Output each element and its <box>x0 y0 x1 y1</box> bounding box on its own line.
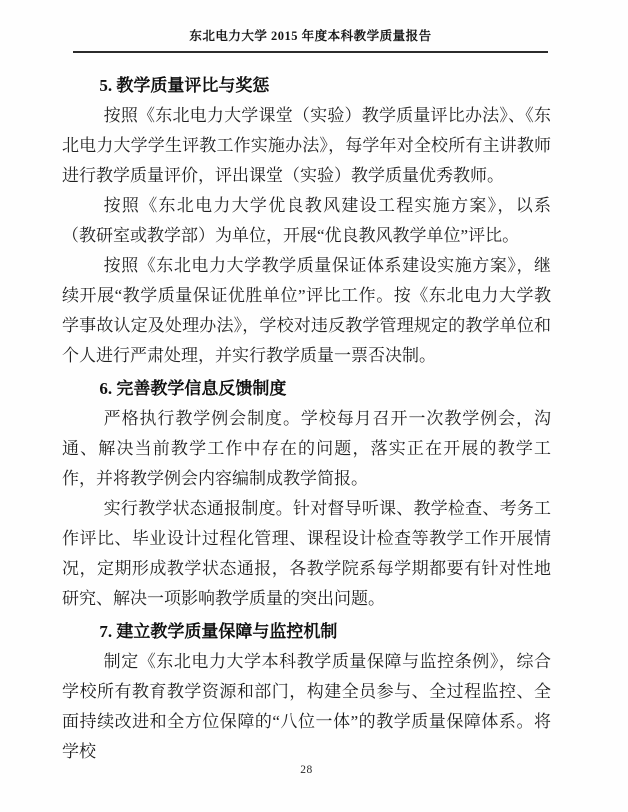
document-page: 东北电力大学 2015 年度本科教学质量报告 5. 教学质量评比与奖惩 按照《东… <box>0 0 628 812</box>
section-7-paragraph-1: 制定《东北电力大学本科教学质量保障与监控条例》，综合学校所有教育教学资源和部门，… <box>62 647 551 767</box>
document-body: 5. 教学质量评比与奖惩 按照《东北电力大学课堂（实验）教学质量评比办法》、《东… <box>62 71 551 767</box>
page-number: 28 <box>300 764 313 776</box>
section-5-heading: 5. 教学质量评比与奖惩 <box>62 71 551 101</box>
section-7-heading: 7. 建立教学质量保障与监控机制 <box>62 617 551 647</box>
section-5-paragraph-3: 按照《东北电力大学教学质量保证体系建设实施方案》，继续开展“教学质量保证优胜单位… <box>62 251 551 371</box>
section-6-paragraph-1: 严格执行教学例会制度。学校每月召开一次教学例会，沟通、解决当前教学工作中存在的问… <box>62 404 551 494</box>
header-title: 东北电力大学 2015 年度本科教学质量报告 <box>73 29 548 53</box>
section-6-heading: 6. 完善教学信息反馈制度 <box>62 374 551 404</box>
section-5-paragraph-1: 按照《东北电力大学课堂（实验）教学质量评比办法》、《东北电力大学学生评教工作实施… <box>62 101 551 191</box>
section-5-paragraph-2: 按照《东北电力大学优良教风建设工程实施方案》，以系（教研室或教学部）为单位，开展… <box>62 191 551 251</box>
section-6-paragraph-2: 实行教学状态通报制度。针对督导听课、教学检查、考务工作评比、毕业设计过程化管理、… <box>62 494 551 614</box>
page-footer: 28 <box>62 760 551 778</box>
page-header: 东北电力大学 2015 年度本科教学质量报告 <box>73 29 548 53</box>
